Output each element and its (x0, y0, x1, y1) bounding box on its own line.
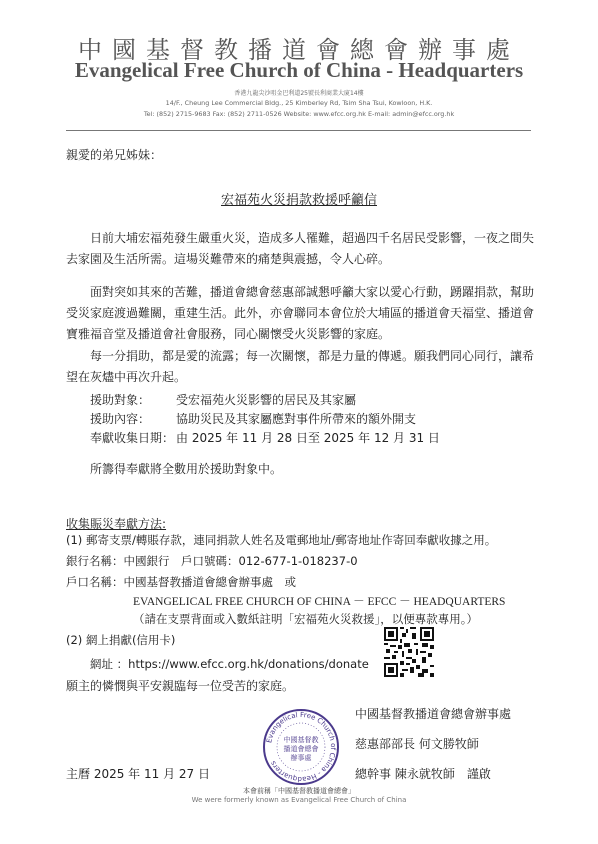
detail-label: 援助對象： (90, 390, 176, 409)
paragraph-3: 每一分捐助，都是愛的流露；每一次關懷，都是力量的傳遞。願我們同心同行，讓希望在灰… (66, 346, 536, 388)
header-divider (66, 130, 531, 131)
svg-text:中國基督教: 中國基督教 (284, 735, 319, 744)
footer-former-name-zh: 本會前稱「中國基督教播道會總會」 (0, 786, 598, 796)
signature-general-secretary: 總幹事 陳永就牧師 謹啟 (355, 764, 491, 785)
detail-label: 奉獻收集日期： (90, 428, 176, 447)
account-name-en: EVANGELICAL FREE CHURCH OF CHINA － EFCC … (133, 593, 505, 609)
address-en: 14/F., Cheung Lee Commercial Bldg., 25 K… (0, 99, 598, 107)
detail-value: 協助災民及其家屬應對事件所帶來的額外開支 (176, 409, 416, 428)
qr-code-icon[interactable] (384, 627, 434, 677)
paragraph-1: 日前大埔宏福苑發生嚴重火災，造成多人罹難，超過四千名居民受影響，一夜之間失去家園… (66, 228, 536, 270)
svg-text:播道會總會: 播道會總會 (284, 744, 319, 753)
signature-organization: 中國基督教播道會總會辦事處 (355, 704, 511, 725)
detail-row-target: 援助對象： 受宏福苑火災影響的居民及其家屬 (90, 390, 440, 409)
letter-date: 主曆 2025 年 11 月 27 日 (66, 764, 210, 785)
account-name-zh: 戶口名稱：中國基督教播道會總會辦事處 或 (66, 572, 296, 593)
svg-text:辦事處: 辦事處 (291, 753, 312, 762)
address-zh: 香港九龍尖沙咀金巴利道25號長利商業大廈14樓 (0, 88, 598, 97)
detail-row-content: 援助內容： 協助災民及其家屬應對事件所帶來的額外開支 (90, 409, 440, 428)
bank-info: 銀行名稱：中國銀行 戶口號碼：012-677-1-018237-0 (66, 551, 358, 572)
detail-value: 受宏福苑火災影響的居民及其家屬 (176, 390, 356, 409)
detail-label: 援助內容： (90, 409, 176, 428)
church-seal-icon: Evangelical Free Church of China - Headq… (262, 708, 340, 786)
paragraph-2: 面對突如其來的苦難，播道會總會慈惠部誠懇呼籲大家以愛心行動，踴躍捐款，幫助受災家… (66, 282, 536, 345)
donation-url[interactable]: 網址 ：https://www.efcc.org.hk/donations/do… (90, 654, 369, 675)
blessing: 願主的憐憫與平安親臨每一位受苦的家庭。 (66, 676, 294, 697)
letterhead-title-en: Evangelical Free Church of China - Headq… (0, 58, 598, 83)
detail-value: 由 2025 年 11 月 28 日至 2025 年 12 月 31 日 (176, 428, 440, 447)
letter-subject: 宏福苑火災捐款救援呼籲信 (0, 189, 598, 208)
detail-row-dates: 奉獻收集日期： 由 2025 年 11 月 28 日至 2025 年 12 月 … (90, 428, 440, 447)
contact-info: Tel: (852) 2715-9683 Fax: (852) 2711-052… (0, 110, 598, 118)
signature-charity-head: 慈惠部部長 何文勝牧師 (355, 734, 479, 755)
donation-details: 援助對象： 受宏福苑火災影響的居民及其家屬 援助內容： 協助災民及其家屬應對事件… (90, 390, 440, 447)
footer-former-name-en: We were formerly known as Evangelical Fr… (0, 796, 598, 804)
greeting: 親愛的弟兄姊妹： (66, 145, 162, 166)
fund-usage-note: 所籌得奉獻將全數用於援助對象中。 (90, 459, 282, 480)
method-online: (2) 網上捐獻(信用卡) (66, 630, 175, 651)
method-cheque: (1) 郵寄支票/轉賬存款，連同捐款人姓名及電郵地址/郵寄地址作寄回奉獻收據之用… (66, 530, 496, 551)
